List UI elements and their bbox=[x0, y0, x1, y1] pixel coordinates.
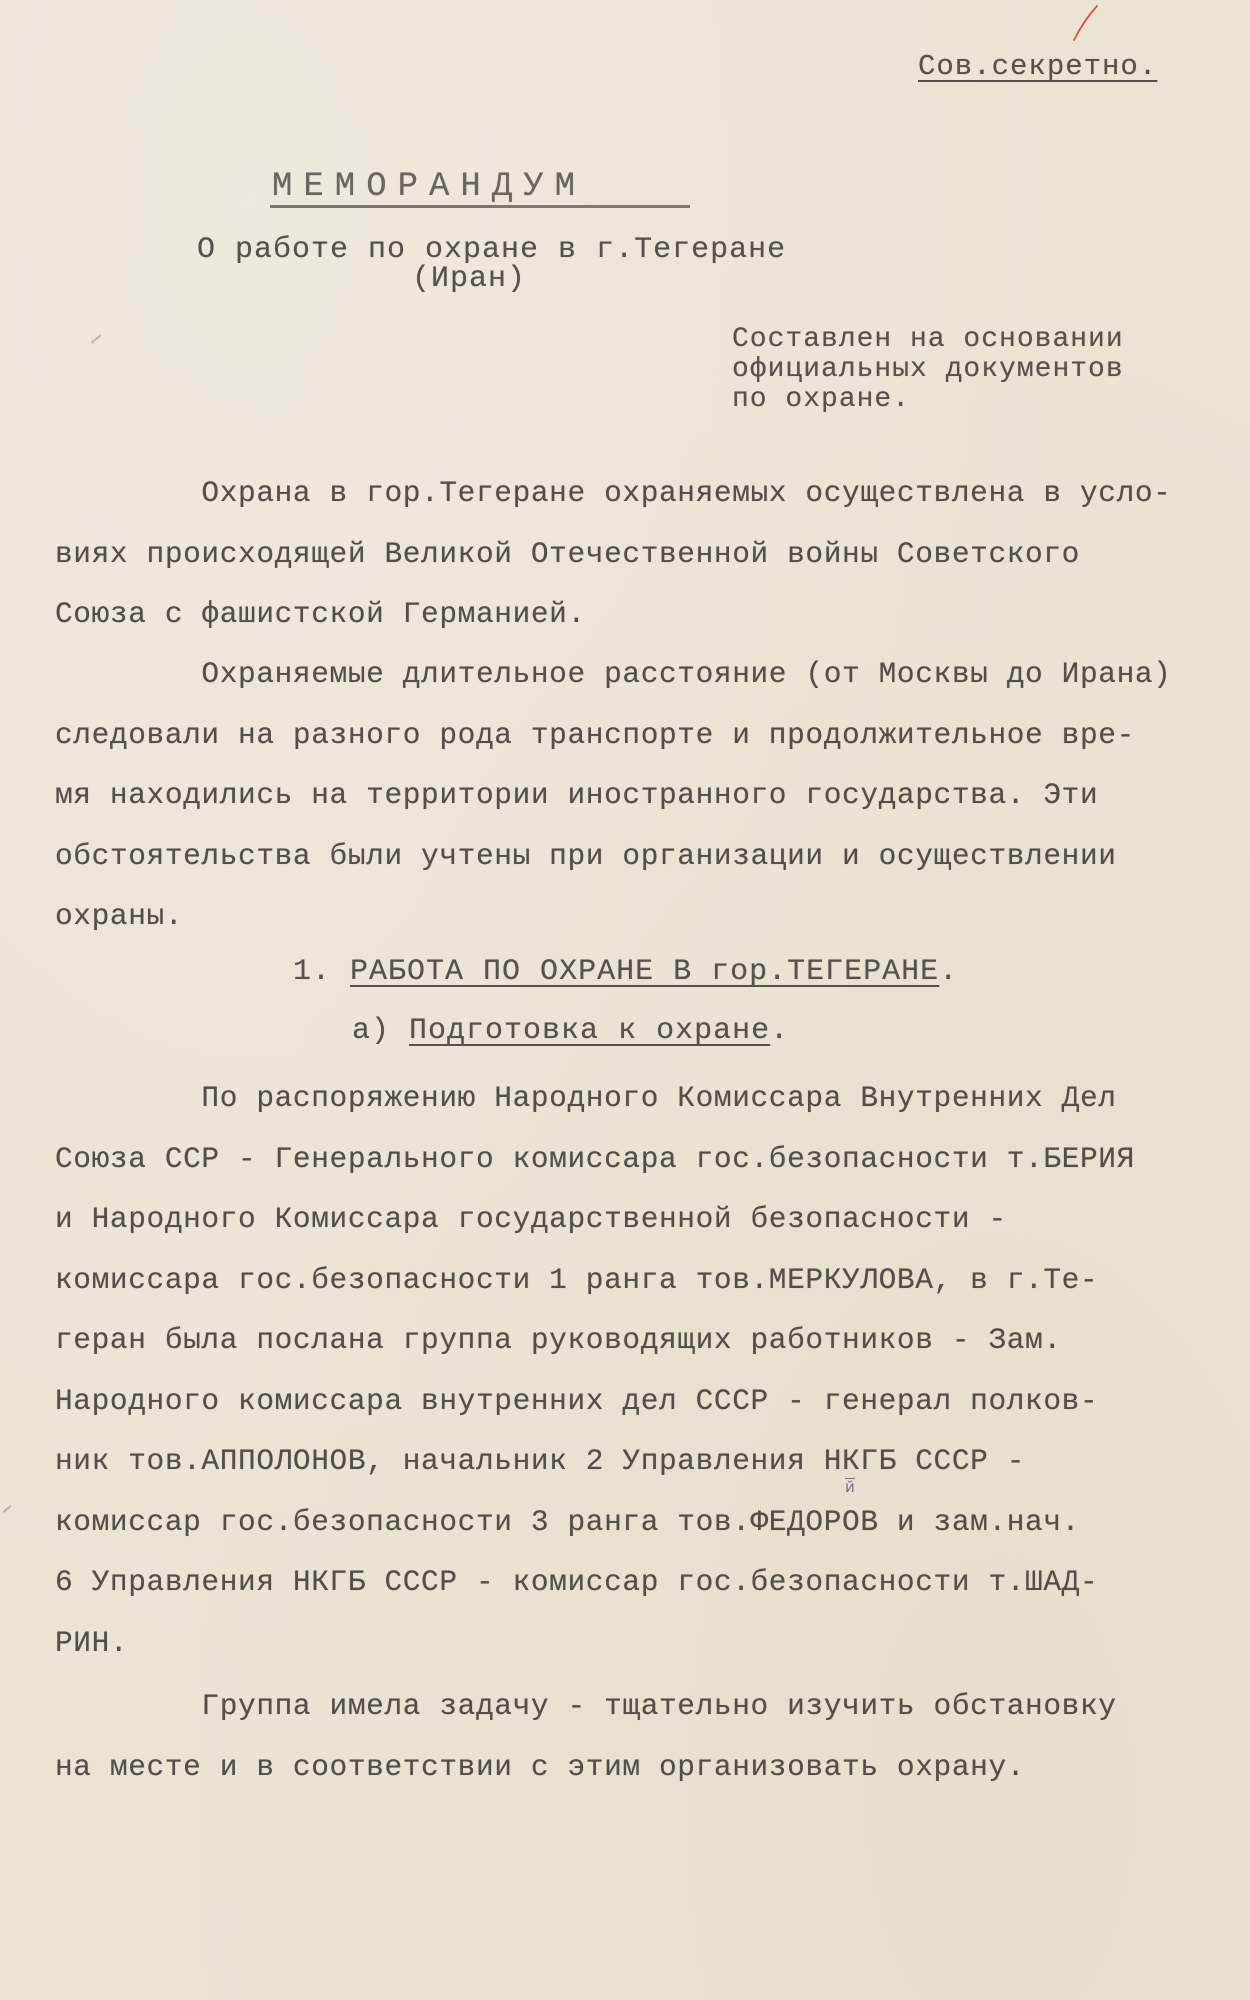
document-title: МЕМОРАНДУМ bbox=[272, 168, 586, 206]
classification-stamp: Сов.секретно. bbox=[918, 50, 1157, 83]
section-number: 1. bbox=[293, 955, 331, 989]
section-heading: 1. РАБОТА ПО ОХРАНЕ В гор.ТЕГЕРАНЕ. bbox=[293, 955, 958, 989]
document-subtitle-location: (Иран) bbox=[412, 262, 526, 296]
red-pencil-check-mark-icon bbox=[1070, 4, 1100, 42]
subsection-title: Подготовка к охране bbox=[409, 1014, 770, 1048]
subsection-letter: а) bbox=[352, 1014, 390, 1048]
basis-note: Составлен на основании официальных докум… bbox=[732, 325, 1124, 415]
margin-pencil-mark bbox=[91, 334, 101, 343]
subsection-heading: а) Подготовка к охране. bbox=[352, 1014, 789, 1048]
section-title: РАБОТА ПО ОХРАНЕ В гор.ТЕГЕРАНЕ bbox=[350, 955, 939, 989]
paragraph-task: Группа имела задачу - тщательно изучить … bbox=[55, 1676, 1235, 1797]
document-page: Сов.секретно. МЕМОРАНДУМ О работе по охр… bbox=[0, 0, 1250, 2000]
paragraph-intro: Охрана в гор.Тегеране охраняемых осущест… bbox=[55, 463, 1235, 645]
margin-pencil-mark bbox=[3, 1505, 12, 1513]
handwritten-correction: й bbox=[845, 1478, 855, 1494]
paragraph-travel: Охраняемые длительное расстояние (от Мос… bbox=[55, 644, 1235, 947]
paragraph-orders: По распоряжению Народного Комиссара Внут… bbox=[55, 1068, 1235, 1673]
title-underline bbox=[270, 205, 690, 208]
